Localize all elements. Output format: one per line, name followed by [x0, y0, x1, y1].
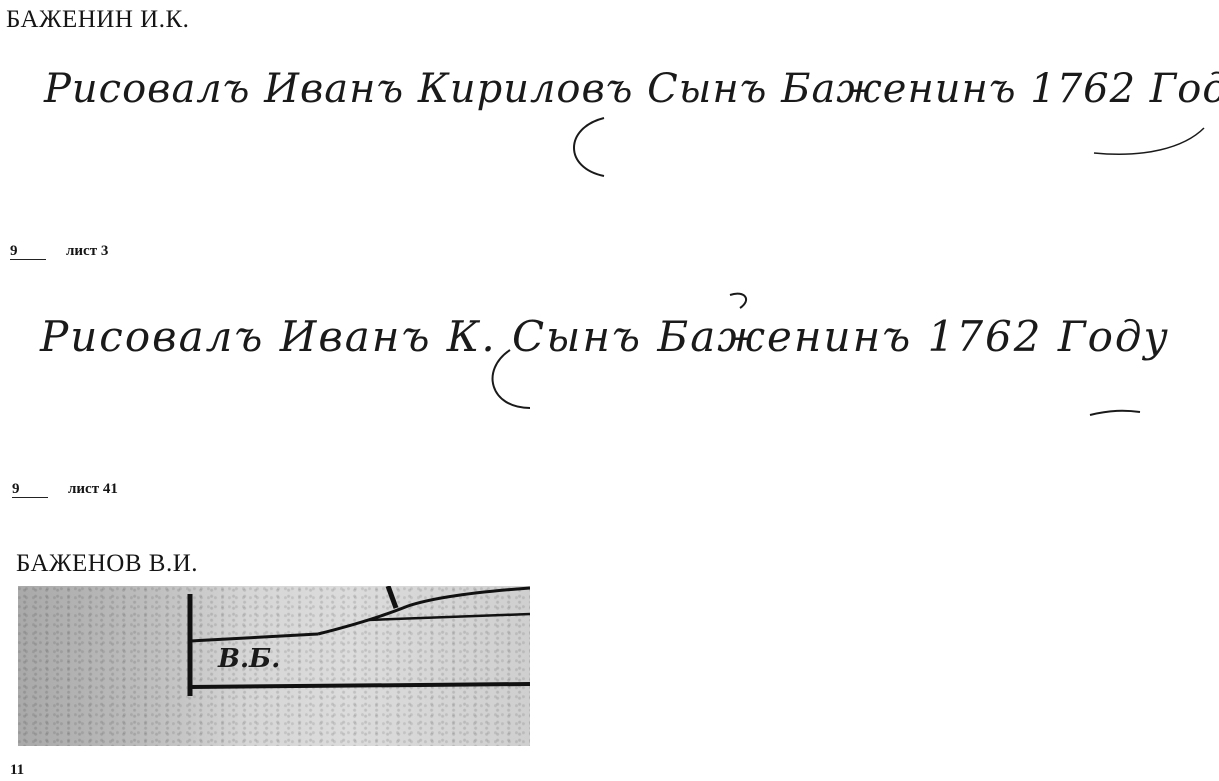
handwritten-signature-2: Рисовалъ Иванъ К. Сынъ Баженинъ 1762 Год… [40, 290, 1219, 430]
reference-label-3: 11 [10, 762, 24, 779]
reference-sheet: лист 41 [68, 481, 118, 498]
reference-label-2: 9 лист 41 [12, 481, 118, 498]
reference-number: 9 [12, 482, 48, 498]
signature-text: Рисовалъ Иванъ К. Сынъ Баженинъ 1762 Год… [40, 312, 1170, 361]
reference-sheet: лист 3 [66, 243, 108, 260]
entry-heading-bazhenov: БАЖЕНОВ В.И. [16, 550, 198, 578]
signature-text: Рисовалъ Иванъ Кириловъ Сынъ Баженинъ 17… [44, 66, 1219, 112]
handwritten-signature-1: Рисовалъ Иванъ Кириловъ Сынъ Баженинъ 17… [44, 58, 1219, 168]
entry-heading-bazhenin: БАЖЕНИН И.К. [6, 6, 189, 34]
signature-initials: В.Б. [218, 644, 280, 674]
reference-number: 9 [10, 244, 46, 260]
reference-number: 11 [10, 762, 24, 779]
reference-label-1: 9 лист 3 [10, 243, 108, 260]
scanned-document-fragment: В.Б. [18, 586, 530, 746]
